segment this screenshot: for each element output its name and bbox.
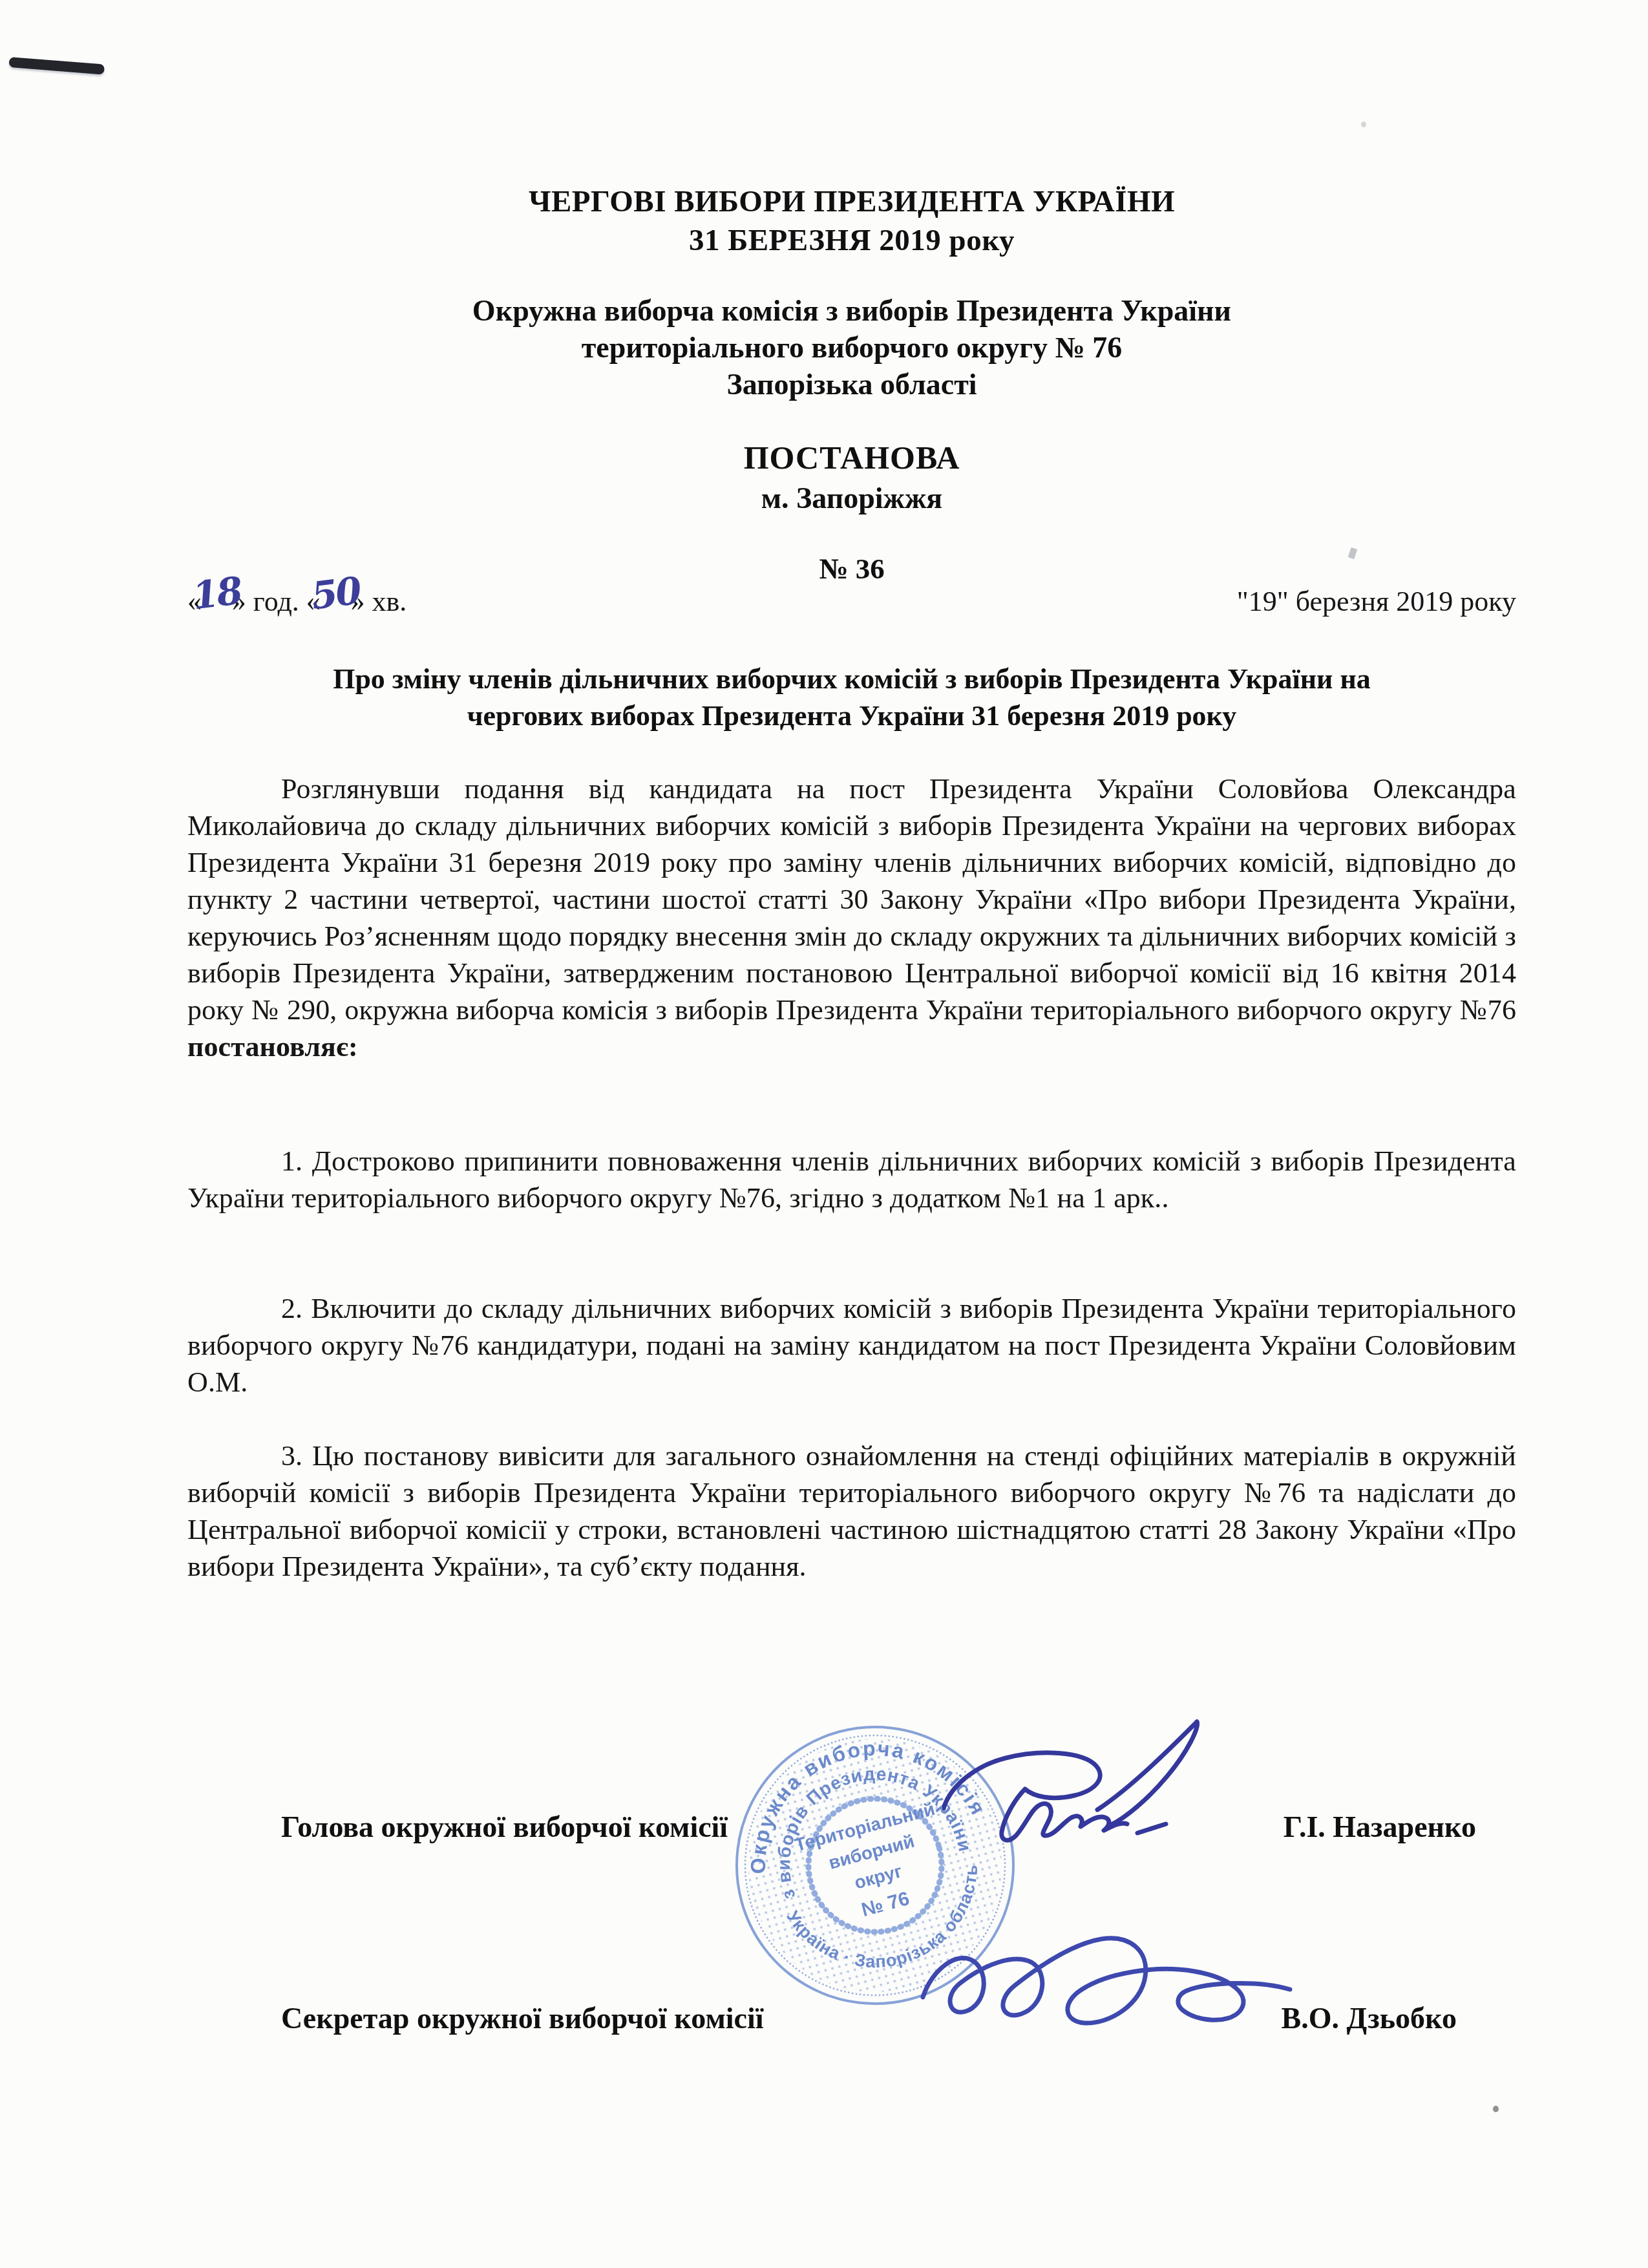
resolution-item-1: 1. Достроково припинити повноваження чле…: [187, 1143, 1516, 1216]
secretary-role: Секретар окружної виборчої комісії: [281, 2000, 763, 2037]
secretary-row: Секретар окружної виборчої комісії В.О. …: [187, 2000, 1516, 2037]
chairman-row: Голова окружної виборчої комісії Г.І. На…: [187, 1808, 1516, 1846]
subject-heading: Про зміну членів дільничних виборчих ком…: [187, 661, 1516, 734]
chairman-signature: [942, 1712, 1227, 1871]
handwritten-hour: 18: [191, 578, 242, 609]
resolution-item-2: 2. Включити до складу дільничних виборчи…: [187, 1290, 1516, 1401]
chairman-role: Голова окружної виборчої комісії: [281, 1808, 728, 1846]
secretary-name: В.О. Дзьобко: [1282, 2000, 1457, 2037]
commission-name: Окружна виборча комісія з виборів Презид…: [187, 292, 1516, 329]
meta-row: «18» год. «50» хв. "19" березня 2019 рок…: [187, 583, 1516, 620]
time-field: «18» год. «50» хв.: [187, 583, 407, 620]
doc-city: м. Запоріжжя: [187, 480, 1516, 517]
doc-number: № 36: [187, 551, 1516, 587]
doc-date: "19" березня 2019 року: [1237, 583, 1516, 620]
election-title-line2: 31 БЕРЕЗНЯ 2019 року: [187, 221, 1516, 260]
doc-type: ПОСТАНОВА: [187, 438, 1516, 477]
time-mid-label: » год. «: [232, 586, 321, 617]
resolution-item-3: 3. Цю постанову вивісити для загального …: [187, 1437, 1516, 1585]
scanner-artifact-mark: [8, 57, 105, 75]
paragraph-text: Розглянувши подання від кандидата на пос…: [187, 773, 1516, 1026]
scan-speck: [1361, 122, 1366, 127]
chairman-name: Г.І. Назаренко: [1284, 1808, 1476, 1846]
commission-district: територіального виборчого округу № 76: [187, 329, 1516, 366]
election-title-line1: ЧЕРГОВІ ВИБОРИ ПРЕЗИДЕНТА УКРАЇНИ: [187, 182, 1516, 221]
election-title: ЧЕРГОВІ ВИБОРИ ПРЕЗИДЕНТА УКРАЇНИ 31 БЕР…: [187, 182, 1516, 260]
scan-speck: [1493, 2106, 1499, 2112]
commission-region: Запорізька області: [187, 366, 1516, 403]
svg-text:округ: округ: [852, 1861, 905, 1892]
commission-name-block: Окружна виборча комісія з виборів Презид…: [187, 292, 1516, 403]
paragraph-resolves-word: постановляє:: [187, 1031, 358, 1063]
svg-text:№ 76: № 76: [860, 1888, 912, 1921]
subject-line1: Про зміну членів дільничних виборчих ком…: [187, 661, 1516, 697]
subject-line2: чергових виборах Президента України 31 б…: [187, 697, 1516, 734]
handwritten-minutes: 50: [310, 578, 361, 609]
scanned-document-page: ЧЕРГОВІ ВИБОРИ ПРЕЗИДЕНТА УКРАЇНИ 31 БЕР…: [0, 0, 1648, 2268]
body-paragraph: Розглянувши подання від кандидата на пос…: [187, 770, 1516, 1065]
